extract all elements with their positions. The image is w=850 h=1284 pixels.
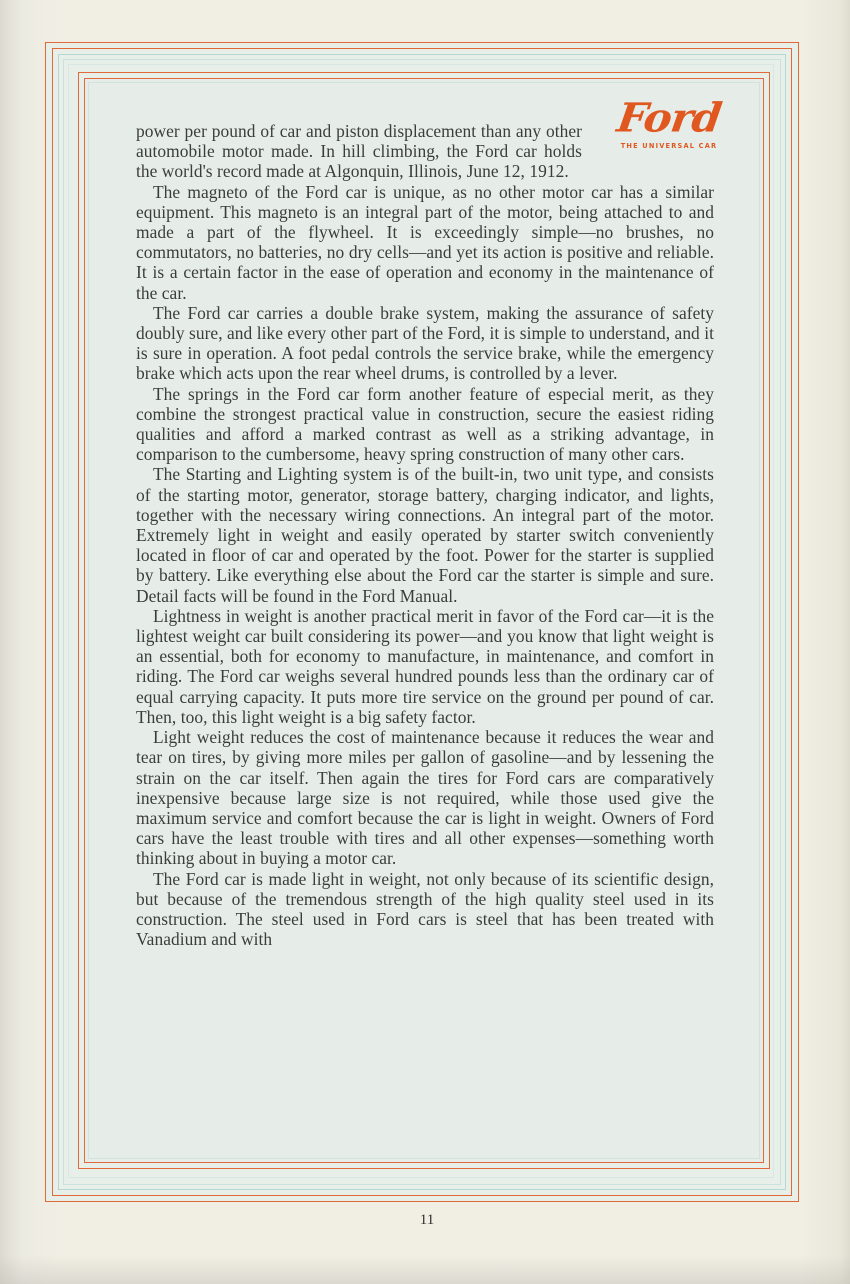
paragraph-springs: The springs in the Ford car form another…: [136, 384, 714, 465]
paragraph-magneto: The magneto of the Ford car is unique, a…: [136, 182, 714, 303]
page-number: 11: [412, 1212, 442, 1229]
paragraph-brakes: The Ford car carries a double brake syst…: [136, 303, 714, 384]
body-text: power per pound of car and piston displa…: [136, 121, 714, 949]
paragraph-maintenance: Light weight reduces the cost of mainten…: [136, 727, 714, 868]
page-bottom-shadow: [0, 1255, 850, 1284]
paragraph-starting-lighting: The Starting and Lighting system is of t…: [136, 464, 714, 605]
paragraph-lightness: Lightness in weight is another practical…: [136, 606, 714, 727]
paragraph-steel: The Ford car is made light in weight, no…: [136, 869, 714, 950]
logo-text-wrap-spacer: [582, 121, 714, 159]
